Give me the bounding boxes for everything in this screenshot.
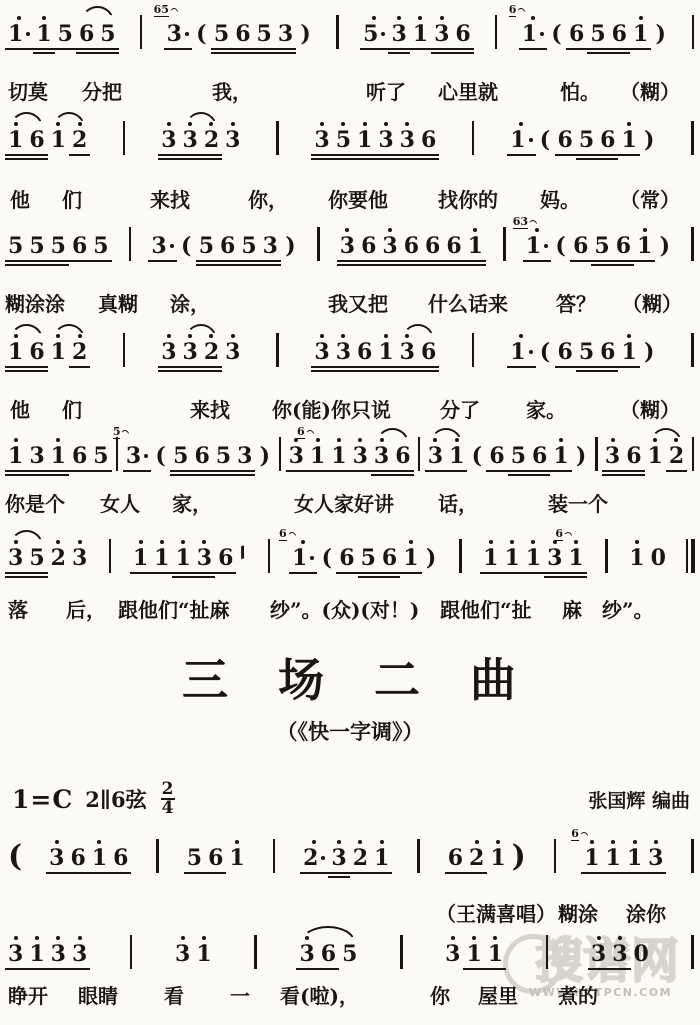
note-digit: 3: [263, 226, 278, 269]
octave-dot: [337, 840, 341, 844]
beam-line: [180, 158, 201, 160]
beam-underlines: [470, 468, 483, 479]
digit: 6: [70, 846, 85, 870]
note-digit: 1: [51, 436, 66, 479]
lyric-word: 你，: [248, 184, 288, 213]
octave-dot: [597, 936, 601, 940]
digit: 5: [511, 444, 526, 468]
beam-underlines: [669, 468, 684, 479]
lyric-word: 什么话来: [428, 288, 508, 317]
beam-line: [201, 370, 222, 372]
beam-line: [89, 872, 110, 874]
note-digit: 6: [382, 538, 397, 581]
octave-dot: [618, 936, 622, 940]
beam-line: [666, 470, 687, 472]
octave-dot: [611, 438, 615, 442]
beam-underlines: [616, 258, 631, 269]
beam-line: [180, 154, 201, 156]
octave-dot: [493, 936, 497, 940]
note-digit: 1: [449, 436, 464, 479]
digit: 5: [187, 846, 202, 870]
beam-underlines: [594, 258, 609, 269]
beam-line: [289, 572, 317, 574]
beam-underlines: [263, 258, 278, 269]
octave-dot: [78, 122, 82, 126]
digit: 3: [49, 846, 64, 870]
beam-line: [597, 370, 618, 372]
paren: ): [299, 14, 312, 57]
beam-line: [371, 470, 392, 472]
note-digit: 1: [8, 332, 23, 375]
octave-dot: [475, 840, 479, 844]
note-digit: 1: [229, 838, 244, 881]
octave-dot: [455, 438, 459, 442]
digit: ): [576, 444, 586, 468]
beam-underlines: [382, 570, 397, 581]
digit: 3: [547, 546, 562, 570]
measure: 330: [591, 934, 649, 977]
beam-line: [260, 264, 281, 266]
beam-line: [418, 154, 439, 156]
digit: 1: [292, 546, 314, 570]
note-digit: 3: [605, 436, 620, 479]
digit: 3: [340, 234, 355, 258]
lyric-word: 看(啦)，: [280, 980, 359, 1009]
beam-line: [466, 872, 487, 874]
beam-line: [180, 366, 201, 368]
beam-underlines: [490, 870, 505, 881]
beam-line: [501, 572, 522, 574]
grace-notes: 6: [555, 529, 563, 541]
octave-dot: [397, 16, 401, 20]
note-digit: 1: [8, 436, 23, 479]
augmentation-dot: [144, 454, 148, 458]
beam-line: [5, 474, 26, 476]
music-line-4: 161233233361361(6561): [8, 332, 695, 375]
beam-underlines: [553, 468, 568, 479]
beam-line: [333, 154, 354, 156]
beam-line: [597, 154, 618, 156]
note-digit: 1: [51, 332, 66, 375]
slur-group: 31: [428, 436, 465, 479]
digit: 1: [8, 128, 23, 152]
slur-group: 12: [648, 436, 685, 479]
note-digit: 5: [363, 14, 385, 57]
note-digit: 6: [395, 436, 410, 479]
digit: 6: [600, 128, 615, 152]
digit: 2: [204, 340, 219, 364]
lyric-word: （糊）: [620, 394, 680, 423]
octave-dot: [531, 540, 535, 544]
beam-underlines: [284, 258, 297, 269]
note-digit: 5: [579, 332, 594, 375]
octave-dot: [535, 228, 539, 232]
lyric-word: 他: [10, 394, 30, 423]
digit: 5: [8, 234, 23, 258]
note-digit: 6: [573, 226, 588, 269]
beam-underlines: [404, 258, 419, 269]
slur-group: 16: [8, 120, 45, 163]
octave-dot: [433, 438, 437, 442]
beam-line: [254, 48, 275, 50]
beam-line: [5, 572, 26, 574]
digit: 3: [374, 444, 389, 468]
beam-line: [5, 154, 26, 156]
beam-line: [634, 260, 655, 262]
lyric-word: 跟他们“扯麻: [118, 594, 230, 623]
note-digit: 1: [606, 838, 621, 881]
note-digit: 1: [488, 934, 503, 977]
digit: (: [540, 128, 550, 152]
beam-underlines: [220, 258, 235, 269]
beam-underlines: [558, 364, 573, 375]
lyric-word: 涂，: [170, 288, 210, 317]
barline: [692, 15, 695, 49]
beam-line: [485, 968, 506, 970]
beam-line: [26, 158, 47, 160]
note-digit: 1: [633, 14, 648, 57]
augmentation-dot: [529, 138, 533, 142]
beam-line: [350, 470, 371, 472]
beam-line: [576, 366, 597, 368]
note-digit: 5: [187, 838, 202, 881]
measure: 3133: [8, 934, 87, 977]
barline: [130, 935, 133, 969]
beam-line: [26, 470, 47, 472]
lyric-word: 你是个: [5, 488, 65, 517]
beam-line: [379, 572, 400, 574]
note-digit: 3: [314, 120, 329, 163]
octave-dot: [363, 122, 367, 126]
digit: 3: [314, 340, 329, 364]
lyrics-line-1: 切莫分把我，听了心里就怕。（糊）: [0, 76, 700, 102]
beam-underlines: [629, 570, 644, 581]
beam-underlines: [299, 966, 314, 977]
beam-underlines: [183, 364, 198, 375]
note-digit: 2: [51, 538, 66, 581]
beam-line: [581, 872, 602, 874]
beam-underlines: [434, 46, 449, 57]
octave-dot: [627, 334, 631, 338]
barline: [554, 839, 557, 873]
beam-underlines: [314, 152, 329, 163]
beam-line: [151, 572, 172, 574]
octave-dot: [17, 16, 21, 20]
octave-dot: [78, 936, 82, 940]
augmentation-dot: [185, 32, 189, 36]
beam-underlines: [225, 364, 240, 375]
note-digit: 3: [151, 226, 173, 269]
beam-line: [465, 264, 486, 266]
beam-line: [576, 158, 597, 160]
beam-line: [565, 572, 586, 574]
beam-underlines: [627, 870, 642, 881]
barline: [417, 839, 420, 873]
beam-line: [379, 576, 400, 578]
lyric-word: 纱”。: [602, 594, 654, 623]
note-digit: 2: [303, 838, 325, 881]
beam-underlines: [51, 966, 66, 977]
beam-underlines: [278, 46, 293, 57]
measure: 111361: [483, 538, 584, 581]
beam-line: [350, 872, 371, 874]
lyric-word: 找你的: [438, 184, 498, 213]
digit: 6: [72, 234, 87, 258]
beam-line: [425, 470, 446, 472]
beam-underlines: [539, 152, 552, 163]
grace-notes: 6: [571, 829, 579, 841]
digit: 3: [72, 546, 87, 570]
lyric-word: 看: [164, 980, 184, 1009]
beam-underlines: [299, 46, 312, 57]
octave-dot: [643, 228, 647, 232]
note-digit: 6: [72, 436, 87, 479]
octave-dot: [451, 936, 455, 940]
paren: (: [195, 14, 208, 57]
lyric-word: 麻: [562, 594, 582, 623]
beam-line: [76, 48, 97, 50]
octave-dot: [55, 840, 59, 844]
measure: 61(6561): [522, 14, 668, 57]
digit: 2: [204, 128, 219, 152]
beam-underlines: [569, 46, 584, 57]
beam-underlines: [8, 152, 23, 163]
octave-dot: [14, 936, 18, 940]
beam-line: [33, 48, 54, 50]
lyric-word: 妈。: [540, 184, 580, 213]
music-line-5: 1316553(5653)361133631(6561)3612: [8, 436, 695, 479]
lyric-word: 女人家好讲: [294, 488, 394, 517]
beam-line: [172, 576, 193, 578]
octave-dot: [35, 936, 39, 940]
lyric-word: 答？: [556, 288, 596, 317]
note-digit: 3: [29, 436, 44, 479]
note-digit: 1: [378, 332, 393, 375]
lyric-word: 话，: [438, 488, 478, 517]
barline: [418, 437, 421, 471]
beam-underlines: [8, 870, 22, 881]
grace-notes: 6: [297, 427, 305, 439]
beam-underlines: [446, 258, 461, 269]
beam-underlines: [331, 468, 346, 479]
octave-dot: [305, 936, 309, 940]
beam-underlines: [51, 152, 66, 163]
measure: 365: [299, 934, 357, 977]
grace-notes: 5: [113, 427, 121, 439]
beam-line: [358, 576, 379, 578]
digit: 3: [126, 444, 148, 468]
beam-line: [337, 260, 358, 262]
beam-underlines: [303, 870, 325, 881]
barline: [156, 839, 159, 873]
note-digit: 1: [466, 934, 481, 977]
beam-line: [234, 474, 255, 476]
note-digit: 6: [612, 14, 627, 57]
beam-underlines: [314, 364, 329, 375]
note-digit: 6: [532, 436, 547, 479]
digit: 5: [241, 234, 256, 258]
digit: 6: [29, 128, 44, 152]
beam-line: [576, 154, 597, 156]
digit: 5: [579, 340, 594, 364]
beam-line: [418, 158, 439, 160]
beam-underlines: [229, 870, 244, 881]
note-digit: 3: [161, 332, 176, 375]
digit: 6: [600, 340, 615, 364]
lyric-word: 分了: [440, 394, 480, 423]
note-digit: 1: [413, 14, 428, 57]
beam-line: [69, 260, 90, 262]
beam-line: [397, 154, 418, 156]
note-digit: 3: [400, 120, 415, 163]
barline: [691, 935, 694, 969]
beam-line: [443, 264, 464, 266]
note-digit: 3: [8, 934, 23, 977]
beam-line: [609, 52, 630, 54]
beam-line: [110, 872, 131, 874]
beam-line: [26, 260, 47, 262]
beam-line: [238, 260, 259, 262]
beam-underlines: [590, 46, 605, 57]
beam-line: [354, 158, 375, 160]
note-digit: 3: [225, 332, 240, 375]
digit: 1: [606, 846, 621, 870]
digit: 1: [8, 340, 23, 364]
beam-underlines: [626, 468, 641, 479]
digit: 3: [400, 340, 415, 364]
augmentation-dot: [321, 856, 325, 860]
note-digit: 3: [391, 14, 406, 57]
beam-underlines: [241, 258, 256, 269]
beam-line: [480, 572, 501, 574]
barline: [472, 121, 475, 155]
measure: 11565: [8, 14, 116, 57]
digit: 1: [490, 846, 505, 870]
beam-underlines: [218, 570, 233, 581]
beam-underlines: [321, 966, 336, 977]
note-digit: 5: [100, 14, 115, 57]
beam-line: [443, 260, 464, 262]
note-digit: 5: [590, 14, 605, 57]
octave-dot: [384, 122, 388, 126]
digit: 1: [29, 942, 44, 966]
beam-underlines: [550, 46, 563, 57]
grace-notes: 6: [509, 5, 517, 17]
beam-underlines: [449, 468, 464, 479]
note-digit: 1: [621, 120, 636, 163]
digit: 1: [403, 546, 418, 570]
beam-underlines: [532, 468, 547, 479]
note-digit: 3: [378, 120, 393, 163]
digit: 1: [36, 22, 51, 46]
digit: 6: [489, 444, 504, 468]
beam-line: [523, 260, 551, 262]
beam-underlines: [161, 364, 176, 375]
digit: 6: [113, 846, 128, 870]
beam-underlines: [175, 570, 190, 581]
beam-underlines: [237, 468, 252, 479]
digit: 6: [616, 234, 631, 258]
lyric-word: 糊涂: [558, 898, 598, 927]
slur-group: 65: [79, 14, 116, 57]
beam-line: [523, 572, 544, 574]
lyric-word: 来找: [190, 394, 230, 423]
digit: 1: [310, 444, 325, 468]
octave-dot: [590, 840, 594, 844]
note-digit: 3: [225, 120, 240, 163]
octave-dot: [14, 540, 18, 544]
digit: 3: [8, 942, 23, 966]
note-digit: 1: [621, 332, 636, 375]
slur-group: 36: [374, 436, 411, 479]
note-digit: 3: [428, 436, 443, 479]
note-digit: 3: [49, 838, 64, 881]
beam-underlines: [526, 258, 548, 269]
beam-line: [311, 370, 332, 372]
rest-note: 0: [651, 538, 666, 581]
beam-underlines: [8, 966, 23, 977]
beam-line: [311, 366, 332, 368]
beam-line: [609, 968, 630, 970]
digit: 6: [569, 22, 584, 46]
note-digit: 6: [113, 838, 128, 881]
beam-underlines: [199, 258, 214, 269]
digit: 6: [79, 22, 94, 46]
measure: 31: [175, 934, 212, 977]
measure: 10: [629, 538, 666, 581]
note-digit: 2: [669, 436, 684, 479]
barline: [605, 539, 608, 573]
beam-underlines: [151, 258, 173, 269]
beam-line: [418, 370, 439, 372]
digit: 5: [100, 22, 115, 46]
beam-underlines: [378, 152, 393, 163]
octave-dot: [56, 438, 60, 442]
note-digit: 1: [468, 226, 483, 269]
lyric-word: 女人: [100, 488, 140, 517]
beam-line: [566, 48, 587, 50]
digit: 1: [51, 128, 66, 152]
beam-underlines: [292, 570, 314, 581]
octave-dot: [531, 16, 535, 20]
beam-line: [296, 968, 317, 970]
note-digit: 1: [36, 14, 51, 57]
lyric-word: （常）: [620, 184, 680, 213]
digit: 3: [51, 942, 66, 966]
beam-underlines: [336, 364, 351, 375]
octave-dot: [473, 228, 477, 232]
digit: (: [555, 234, 565, 258]
digit: 1: [553, 444, 568, 468]
note-digit: 5: [342, 934, 357, 977]
beam-underlines: [455, 46, 470, 57]
slur-group: 32: [183, 332, 220, 375]
beam-underlines: [648, 468, 663, 479]
beam-line: [191, 470, 212, 472]
beam-line: [550, 470, 571, 472]
lyric-word: 切莫: [8, 76, 48, 105]
digit: (: [181, 234, 191, 258]
lyric-word: 煮的: [558, 980, 598, 1009]
note-digit: 6: [208, 838, 223, 881]
beam-line: [333, 370, 354, 372]
beam-line: [172, 572, 193, 574]
beam-line: [158, 370, 179, 372]
beam-line: [26, 572, 47, 574]
note-digit: 5: [93, 436, 108, 479]
measure: 31(6561): [428, 436, 588, 479]
beam-underlines: [511, 468, 526, 479]
